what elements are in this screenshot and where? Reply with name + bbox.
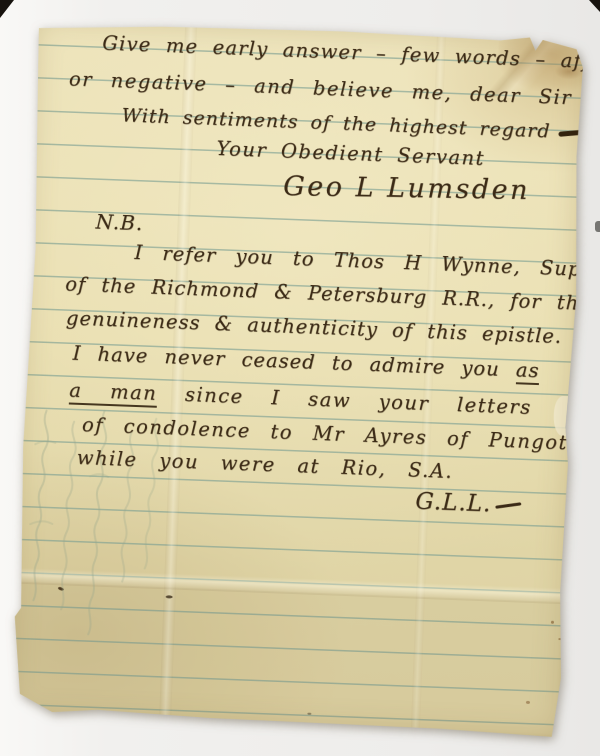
pen-swash xyxy=(495,502,521,509)
scanner-corner-mark-icon xyxy=(0,0,14,18)
edge-smudge xyxy=(91,20,108,25)
postscript-label: N.B. xyxy=(95,208,144,236)
pen-flourish xyxy=(558,127,600,136)
signature-text: Geo L Lumsden xyxy=(283,171,530,206)
letter-paper: Give me early answer – few words – affir… xyxy=(7,16,586,738)
initials-text: G.L.L. xyxy=(415,489,492,518)
underlined-word: as xyxy=(515,358,540,385)
initials-signature: G.L.L. xyxy=(415,489,522,519)
ink-bleedthrough-marks xyxy=(20,404,179,649)
postscript-label-text: N.B. xyxy=(95,209,144,235)
scanner-corner-mark-icon xyxy=(589,0,600,12)
underlined-word: a man xyxy=(69,378,158,407)
scan-background: Give me early answer – few words – affir… xyxy=(0,0,600,756)
signature: Geo L Lumsden xyxy=(283,174,530,204)
scanner-edge-mark xyxy=(595,221,600,232)
paper-sheet: Give me early answer – few words – affir… xyxy=(7,16,586,738)
